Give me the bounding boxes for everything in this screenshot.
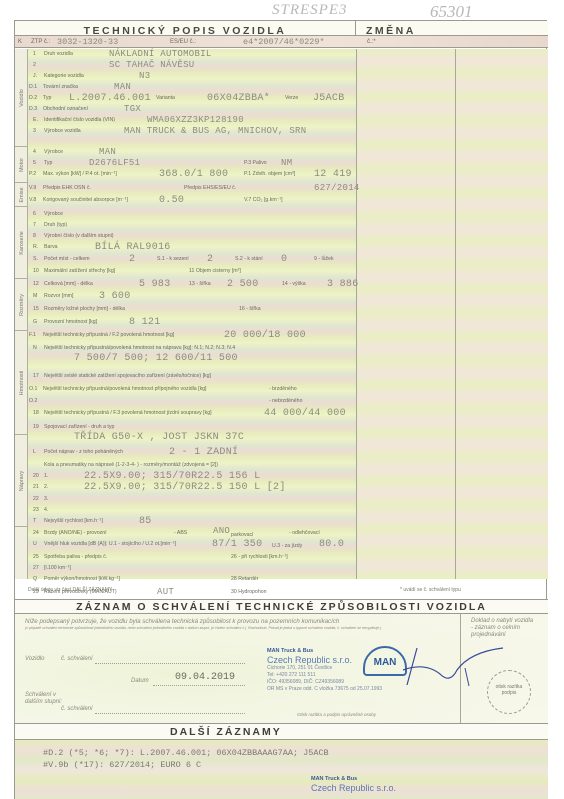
acquisition-note: Doklad o nabytí vozidla - záznam o celní…: [471, 618, 536, 639]
displacement-value: 12 419: [314, 169, 352, 180]
form-header: TECHNICKÝ POPIS VOZIDLA: [15, 21, 356, 36]
section-labels: Vozidlo Motor Emise Karoserie Rozměry Hm…: [15, 49, 28, 579]
further-record-2: #V.9b (*17): 627/2014; EURO 6 C: [43, 760, 201, 770]
vozidlo-label: Vozidlo: [25, 656, 44, 662]
further-records-section: DALŠÍ ZÁZNAMY #D.2 (*5; *6; *7): L.2007.…: [15, 723, 548, 799]
color-value: BÍLÁ RAL9016: [95, 242, 171, 253]
section-karoserie: Karoserie: [15, 207, 28, 279]
es-value: e4*2007/46*0229*: [243, 36, 325, 48]
vehicle-registration-form: TECHNICKÝ POPIS VOZIDLA ZMĚNA K ZTP č.: …: [14, 20, 547, 799]
section-rozmery: Rozměry: [15, 279, 28, 331]
ztp-label: ZTP č.:: [31, 36, 50, 48]
engine-maker-value: MAN: [99, 147, 116, 158]
combination-mass-value: 44 000/44 000: [264, 408, 346, 419]
section-motor: Motor: [15, 147, 28, 183]
approval-title: ZÁZNAM O SCHVÁLENÍ TECHNICKÉ ZPŮSOBILOST…: [15, 600, 548, 614]
max-mass-value: 20 000/18 000: [224, 330, 306, 341]
axle2-tyres-value: 22.5X9.00; 315/70R22.5 150 L [2]: [84, 482, 286, 493]
next-stage-label: Schválení v dalším stupni:: [25, 692, 65, 706]
next-stage-number-label: č. schválení: [61, 706, 93, 712]
vehicle-kind-value: NÁKLADNÍ AUTOMOBIL: [109, 49, 212, 60]
approval-substatement: (v případě schválení technické způsobilo…: [25, 626, 405, 631]
approval-section: ZÁZNAM O SCHVÁLENÍ TECHNICKÉ ZPŮSOBILOST…: [15, 599, 548, 723]
es-label: ES/EU č.:: [170, 36, 196, 48]
approval-number-label: č. schválení: [61, 656, 93, 662]
vehicle-subkind-value: SC TAHAČ NÁVĚSU: [109, 60, 195, 71]
stamp-caption: Otisk razítka a podpis oprávněné osoby: [297, 712, 376, 717]
axle-mass-value: 7 500/7 500; 12 600/11 500: [74, 353, 238, 364]
change-header: ZMĚNA: [356, 21, 548, 36]
stationary-noise-value: 87/1 350: [212, 539, 262, 550]
wheelbase-value: 3 600: [99, 291, 131, 302]
trade-name-value: TGX: [124, 104, 141, 115]
handwritten-note-right: 65301: [430, 2, 473, 22]
approval-date-value: 09.04.2019: [175, 672, 235, 683]
max-speed-value: 85: [139, 516, 152, 527]
change-number-label: č.:*: [367, 36, 376, 48]
abs-value: ANO: [213, 526, 230, 537]
k-label: K: [18, 36, 22, 48]
technical-data-grid: Vozidlo Motor Emise Karoserie Rozměry Hm…: [15, 49, 548, 579]
section-napravy: Nápravy: [15, 435, 28, 527]
further-data-note: Další údaje viz část DALŠÍ ZÁZNAMY: [28, 587, 112, 593]
vin-value: WMA06XZZ3KP128190: [147, 115, 244, 126]
further-records-title: DALŠÍ ZÁZNAMY: [15, 724, 548, 740]
type-approval-footnote: * uvádí se č. schválení typu: [400, 587, 461, 593]
ztp-value: 3032-1320-33: [57, 36, 118, 48]
length-value: 5 983: [139, 279, 171, 290]
axles-value: 2 - 1 ZADNÍ: [169, 447, 238, 458]
axle1-tyres-value: 22.5X9.00; 315/70R22.5 156 L: [84, 471, 260, 482]
engine-type-value: D2676LF51: [89, 158, 140, 169]
version-value: J5ACB: [313, 93, 345, 104]
further-record-1: #D.2 (*5; *6; *7): L.2007.46.001; 06X04Z…: [43, 748, 329, 758]
approval-statement: Níže podepsaný potvrzuje, že vozidlu byl…: [25, 618, 339, 625]
seats-standing-value: 0: [281, 254, 287, 265]
variant-value: 06X04ZBBA*: [207, 93, 270, 104]
section-emise: Emise: [15, 183, 28, 207]
driveby-noise-value: 80.0: [319, 539, 344, 550]
seats-total-value: 2: [129, 254, 135, 265]
height-value: 3 886: [327, 279, 359, 290]
section-vozidlo: Vozidlo: [15, 49, 28, 147]
absorption-value: 0.50: [159, 195, 184, 206]
gearbox-value: AUT: [157, 587, 174, 598]
date-label: Datum: [131, 678, 149, 684]
operating-mass-value: 8 121: [129, 317, 161, 328]
type-value: L.2007.46.001: [69, 93, 151, 104]
width-value: 2 500: [227, 279, 259, 290]
handwritten-note-left: STRESPE3: [272, 2, 348, 19]
make-value: MAN: [114, 82, 131, 93]
fuel-value: NM: [281, 158, 292, 169]
emission-regulation-value: 627/2014: [314, 183, 360, 194]
seal-placeholder: otisk razítka podpis: [487, 670, 531, 714]
category-value: N3: [139, 71, 150, 82]
company-stamp-2: MAN Truck & Bus Czech Republic s.r.o.: [311, 776, 396, 793]
max-power-value: 368.0/1 800: [159, 169, 228, 180]
type-approval-row: K ZTP č.: 3032-1320-33 ES/EU č.: e4*2007…: [15, 36, 548, 48]
seats-sitting-value: 2: [207, 254, 213, 265]
section-hmotnosti: Hmotnosti: [15, 331, 28, 435]
manufacturer-value: MAN TRUCK & BUS AG, MNICHOV, SRN: [124, 126, 306, 137]
coupling-value: TŘÍDA G50-X , JOST JSKN 37C: [74, 432, 244, 443]
